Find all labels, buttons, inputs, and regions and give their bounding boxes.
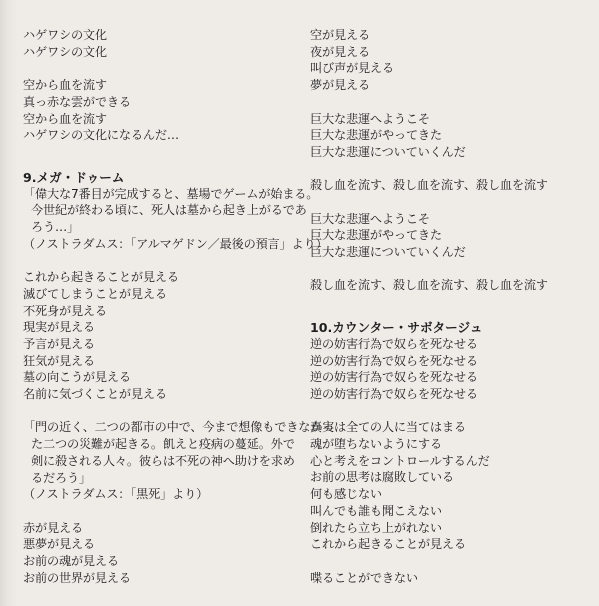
- song-title-10: 10.カウンター・サボタージュ: [310, 319, 590, 336]
- lyric-line: 逆の妨害行為で奴らを死なせる: [310, 369, 590, 386]
- quote-block: 「門の近く、二つの都市の中で、今まで想像もできなかっ た二つの災難が起きる。飢え…: [23, 419, 298, 503]
- lyric-line: 墓の向こうが見える: [23, 369, 298, 386]
- lyric-line: 予言が見える: [23, 336, 298, 353]
- quote-line: るだろう」: [23, 470, 298, 487]
- quote-line: た二つの災難が起きる。飢えと疫病の蔓延。外で: [23, 436, 298, 453]
- lyric-line: ハゲワシの文化: [23, 44, 298, 61]
- lyric-line: 巨大な悲運へようこそ: [310, 211, 590, 228]
- lyric-line: 逆の妨害行為で奴らを死なせる: [310, 336, 590, 353]
- lyric-line: 不死身が見える: [23, 303, 298, 320]
- quote-line: 今世紀が終わる頃に、死人は墓から起き上がるであ: [23, 202, 298, 219]
- lyric-line: 喋ることができない: [310, 570, 590, 587]
- lyric-line: 巨大な悲運についていくんだ: [310, 144, 590, 161]
- lyric-line: ハゲワシの文化になるんだ…: [23, 127, 298, 144]
- quote-line: 「門の近く、二つの都市の中で、今まで想像もできなかっ: [23, 419, 298, 436]
- lyric-line: 魂が堕ちないようにする: [310, 436, 590, 453]
- lyric-line: 巨大な悲運がやってきた: [310, 227, 590, 244]
- lyric-line: 叫び声が見える: [310, 60, 590, 77]
- refrain-line: 殺し血を流す、殺し血を流す、殺し血を流す: [310, 277, 590, 294]
- lyric-line: 夜が見える: [310, 44, 590, 61]
- quote-source: （ノストラダムス：「アルマゲドン／最後の預言」より）: [23, 236, 298, 253]
- lyric-line: 現実が見える: [23, 319, 298, 336]
- lyric-line: 名前に気づくことが見える: [23, 386, 298, 403]
- lyric-line: 逆の妨害行為で奴らを死なせる: [310, 353, 590, 370]
- lyric-line: 真っ赤な雲ができる: [23, 94, 298, 111]
- lyric-line: 狂気が見える: [23, 353, 298, 370]
- quote-block: 「偉大な7番目が完成すると、墓場でゲームが始まる。 今世紀が終わる頃に、死人は墓…: [23, 186, 298, 253]
- quote-source: （ノストラダムス：「黒死」より）: [23, 486, 298, 503]
- lyric-line: 空が見える: [310, 27, 590, 44]
- lyric-line: お前の魂が見える: [23, 553, 298, 570]
- lyric-line: 叫んでも誰も聞こえない: [310, 503, 590, 520]
- lyric-line: 巨大な悲運がやってきた: [310, 127, 590, 144]
- lyric-line: 巨大な悲運へようこそ: [310, 111, 590, 128]
- lyric-line: 倒れたら立ち上がれない: [310, 520, 590, 537]
- right-column: 空が見える 夜が見える 叫び声が見える 夢が見える 巨大な悲運へようこそ 巨大な…: [310, 27, 590, 586]
- lyric-line: これから起きることが見える: [23, 269, 298, 286]
- lyric-line: 心と考えをコントロールするんだ: [310, 453, 590, 470]
- lyric-line: 悪夢が見える: [23, 536, 298, 553]
- lyric-line: 空から血を流す: [23, 111, 298, 128]
- refrain-line: 殺し血を流す、殺し血を流す、殺し血を流す: [310, 177, 590, 194]
- song-title-9: 9.メガ・ドゥーム: [23, 169, 298, 186]
- left-column: ハゲワシの文化 ハゲワシの文化 空から血を流す 真っ赤な雲ができる 空から血を流…: [23, 27, 298, 586]
- lyric-line: お前の世界が見える: [23, 570, 298, 587]
- lyric-line: 逆の妨害行為で奴らを死なせる: [310, 386, 590, 403]
- lyric-line: 巨大な悲運についていくんだ: [310, 244, 590, 261]
- lyric-line: これから起きることが見える: [310, 536, 590, 553]
- quote-line: ろう…」: [23, 219, 298, 236]
- lyric-line: 真実は全ての人に当てはまる: [310, 419, 590, 436]
- quote-line: 剣に殺される人々。彼らは不死の神へ助けを求め: [23, 453, 298, 470]
- lyric-line: 滅びてしまうことが見える: [23, 286, 298, 303]
- lyric-line: お前の思考は腐敗している: [310, 469, 590, 486]
- lyric-line: 赤が見える: [23, 520, 298, 537]
- lyric-line: ハゲワシの文化: [23, 27, 298, 44]
- quote-line: 「偉大な7番目が完成すると、墓場でゲームが始まる。: [23, 186, 298, 203]
- lyric-line: 空から血を流す: [23, 77, 298, 94]
- lyric-line: 何も感じない: [310, 486, 590, 503]
- lyric-line: 夢が見える: [310, 77, 590, 94]
